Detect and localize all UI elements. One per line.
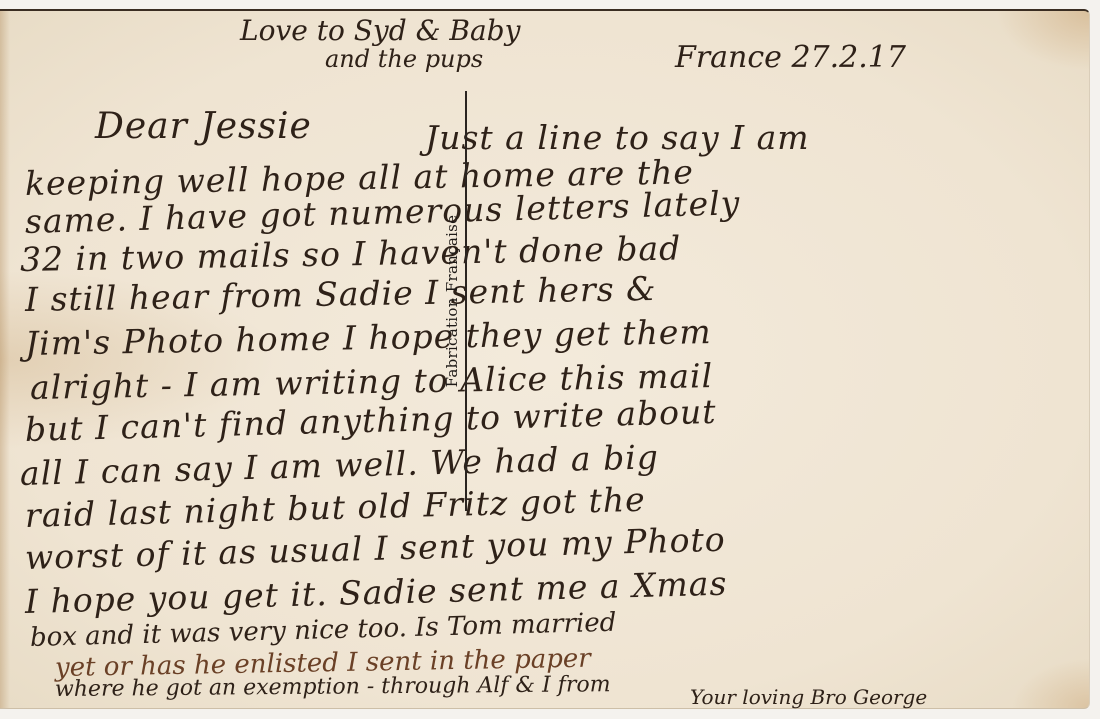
address-divider-line (465, 91, 467, 511)
letter-line: Jim's Photo home I hope they get them (25, 315, 712, 360)
postscript-line-1: Love to Syd & Baby (240, 17, 520, 45)
salutation: Dear Jessie (95, 109, 312, 145)
letter-line: where he got an exemption - through Alf … (55, 674, 611, 701)
place-date: France 27.2.17 (675, 43, 906, 73)
postcard-back: Love to Syd & Baby and the pups France 2… (0, 9, 1090, 709)
letter-line: I hope you get it. Sadie sent me a Xmas (25, 567, 728, 618)
postscript-line-2: and the pups (325, 47, 483, 71)
scanned-postcard: Love to Syd & Baby and the pups France 2… (0, 0, 1100, 719)
letter-line: I still hear from Sadie I sent hers & (25, 272, 657, 316)
aged-edge-stain (0, 11, 10, 708)
printer-imprint: Fabrication Française (443, 215, 461, 388)
signature: Your loving Bro George (690, 687, 927, 707)
letter-line: Just a line to say I am (425, 121, 810, 154)
